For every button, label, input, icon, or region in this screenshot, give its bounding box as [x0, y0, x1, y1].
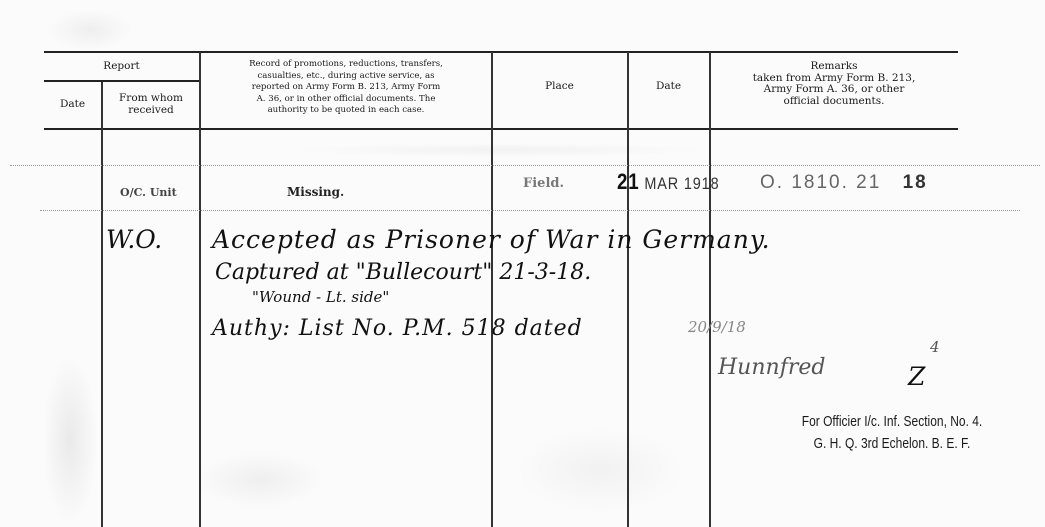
header-remarks: Remarks taken from Army Form B. 213, Arm…: [712, 61, 956, 107]
header-from-whom: From whom received: [104, 92, 198, 116]
header-record: Record of promotions, reductions, transf…: [203, 59, 489, 117]
top-rule: [44, 51, 958, 53]
entry-date-stamp-rest: MAR 1918: [644, 174, 719, 193]
header-remarks-line: Remarks: [712, 61, 956, 73]
column-divider-date2: [709, 52, 711, 527]
entry-date-stamp: 21 MAR 1918: [617, 169, 719, 195]
header-place: Place: [492, 80, 627, 92]
header-record-line: Record of promotions, reductions, transf…: [203, 59, 489, 71]
header-remarks-line: official documents.: [712, 96, 956, 108]
entry-remarks-ref-number: O. 1810. 21: [760, 172, 881, 193]
entry-from-whom-handwritten: W.O.: [106, 225, 162, 254]
entry-place: Field.: [523, 176, 564, 191]
header-record-line: A. 36, or in other official documents. T…: [203, 94, 489, 106]
officer-stamp-line: For Officier I/c. Inf. Section, No. 4.: [764, 411, 1020, 433]
ruled-line: [10, 165, 1040, 166]
header-record-line: casualties, etc., during active service,…: [203, 71, 489, 83]
header-record-line: reported on Army Form B. 213, Army Form: [203, 82, 489, 94]
signature-initials: Z: [908, 362, 925, 391]
header-report-date: Date: [44, 98, 101, 110]
ruled-line: [40, 210, 1020, 211]
column-divider-record: [491, 52, 493, 527]
header-bottom-rule: [44, 128, 958, 130]
column-divider-place: [627, 52, 629, 527]
entry-from-whom: O/C. Unit: [120, 186, 177, 199]
signature-initials-top: 4: [930, 338, 940, 356]
header-date: Date: [628, 80, 709, 92]
officer-stamp-line: G. H. Q. 3rd Echelon. B. E. F.: [764, 433, 1020, 455]
entry-remarks-ref: O. 1810. 21 18: [760, 172, 928, 194]
entry-record-line: "Wound - Lt. side": [252, 288, 389, 306]
entry-record-line: Accepted as Prisoner of War in Germany.: [212, 225, 771, 254]
header-remarks-line: Army Form A. 36, or other: [712, 84, 956, 96]
header-record-line: authority to be quoted in each case.: [203, 105, 489, 117]
header-report: Report: [44, 60, 199, 72]
signature: Hunnfred: [718, 355, 825, 380]
entry-date-stamp-day: 21: [617, 169, 640, 194]
entry-remarks-ref-suffix: 18: [903, 172, 928, 193]
officer-stamp: For Officier I/c. Inf. Section, No. 4. G…: [764, 411, 1020, 455]
entry-record-line: Captured at "Bullecourt" 21-3-18.: [215, 260, 591, 285]
report-subheader-rule: [44, 80, 199, 82]
header-from-whom-text: From whom received: [119, 92, 183, 116]
column-divider-from-whom: [199, 52, 201, 527]
entry-record-status: Missing.: [287, 185, 344, 199]
entry-record-line: Authy: List No. P.M. 518 dated: [212, 316, 583, 341]
entry-record-date: 20/9/18: [688, 318, 746, 336]
column-divider-date: [101, 82, 103, 527]
